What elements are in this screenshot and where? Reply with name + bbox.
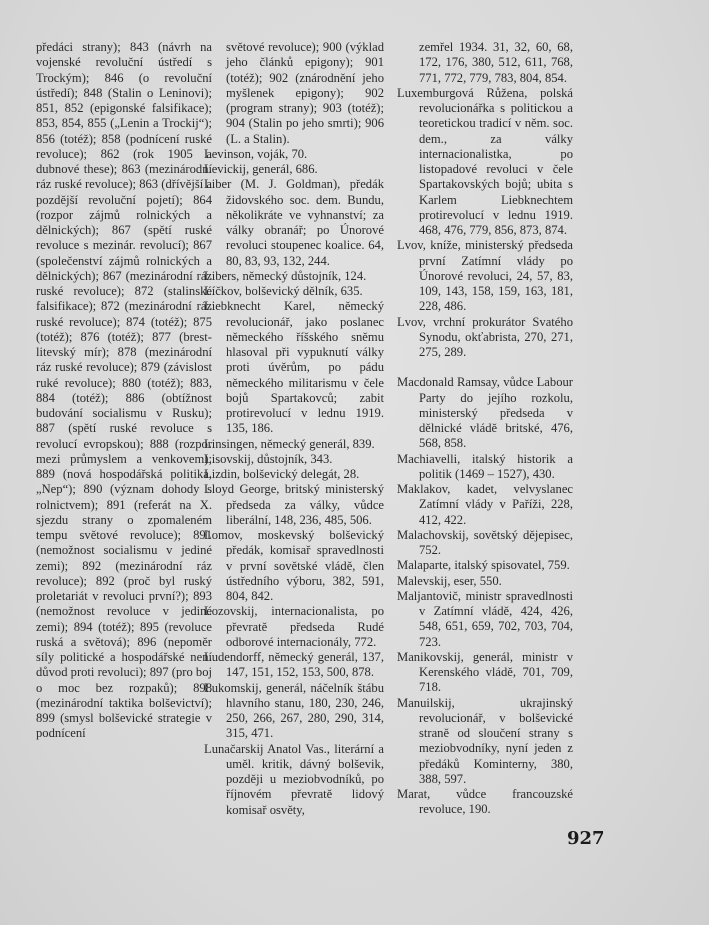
index-entry-lomov: Lomov, moskevský bolševický předák, komi… (204, 528, 384, 604)
book-page: předáci strany); 843 (návrh na vojenské … (0, 0, 709, 925)
index-entry-lunacarskij: Lunačarskij Anatol Vas., literární a umě… (204, 742, 384, 818)
index-entry-marat: Marat, vůdce francouzské revoluce, 190. (397, 787, 573, 818)
index-entry-maljantovic: Maljantovič, ministr spravedlnosti v Zat… (397, 589, 573, 650)
index-entry-lukomskij: Lukomskij, generál, náčelník štábu hlavn… (204, 681, 384, 742)
index-continuation: světové revoluce); 900 (výklad jeho člán… (204, 40, 384, 147)
index-entry-libers: Libers, německý důstojník, 124. (204, 269, 384, 284)
index-entry-lloyd-george: Lloyd George, britský ministerský předse… (204, 482, 384, 528)
index-entry-liber: Liber (M. J. Goldman), předák židovského… (204, 177, 384, 269)
page-number: 927 (567, 828, 605, 849)
index-entry-lvov-knize: Lvov, kníže, ministerský předseda první … (397, 238, 573, 314)
index-entry-lozovskij: Lozovskij, internacionalista, po převrat… (204, 604, 384, 650)
index-entry-manikovskij: Manikovskij, generál, ministr v Kerenské… (397, 650, 573, 696)
index-entry-maklakov: Maklakov, kadet, velvyslanec Zatímní vlá… (397, 482, 573, 528)
index-entry-lizdin: Lizdin, bolševický delegát, 28. (204, 467, 384, 482)
index-entry-liebknecht: Liebknecht Karel, německý revolucionář, … (204, 299, 384, 436)
index-entry-ludendorff: Ludendorff, německý generál, 137, 147, 1… (204, 650, 384, 681)
index-continuation: zemřel 1934. 31, 32, 60, 68, 172, 176, 3… (397, 40, 573, 86)
index-entry-linsingen: Linsingen, německý generál, 839. (204, 437, 384, 452)
index-entry-macdonald: Macdonald Ramsay, vůdce Labour Party do … (397, 375, 573, 451)
index-entry-levinson: Levinson, voják, 70. (204, 147, 384, 162)
index-entry-malaparte: Malaparte, italský spisovatel, 759. (397, 558, 573, 573)
index-entry-malachovskij: Malachovskij, sovětský dějepisec, 752. (397, 528, 573, 559)
index-entry-machiavelli: Machiavelli, italský historik a politik … (397, 452, 573, 483)
index-entry-lvov-prokurator: Lvov, vrchní prokurátor Svatého Synodu, … (397, 315, 573, 361)
index-entry-lisovskij: Lisovskij, důstojník, 343. (204, 452, 384, 467)
index-column-middle: světové revoluce); 900 (výklad jeho člán… (204, 40, 384, 818)
index-column-left: předáci strany); 843 (návrh na vojenské … (36, 40, 212, 742)
index-entry-manuilskij: Manuilskij, ukrajinský revolucionář, v b… (397, 696, 573, 788)
index-entry-levickij: Levickij, generál, 686. (204, 162, 384, 177)
index-entry-malevskij: Malevskij, eser, 550. (397, 574, 573, 589)
index-column-right: zemřel 1934. 31, 32, 60, 68, 172, 176, 3… (397, 40, 573, 818)
index-entry-lickov: Líčkov, bolševický dělník, 635. (204, 284, 384, 299)
index-continuation: předáci strany); 843 (návrh na vojenské … (36, 40, 212, 742)
index-entry-luxemburgova: Luxemburgová Růžena, polská revolucionář… (397, 86, 573, 239)
